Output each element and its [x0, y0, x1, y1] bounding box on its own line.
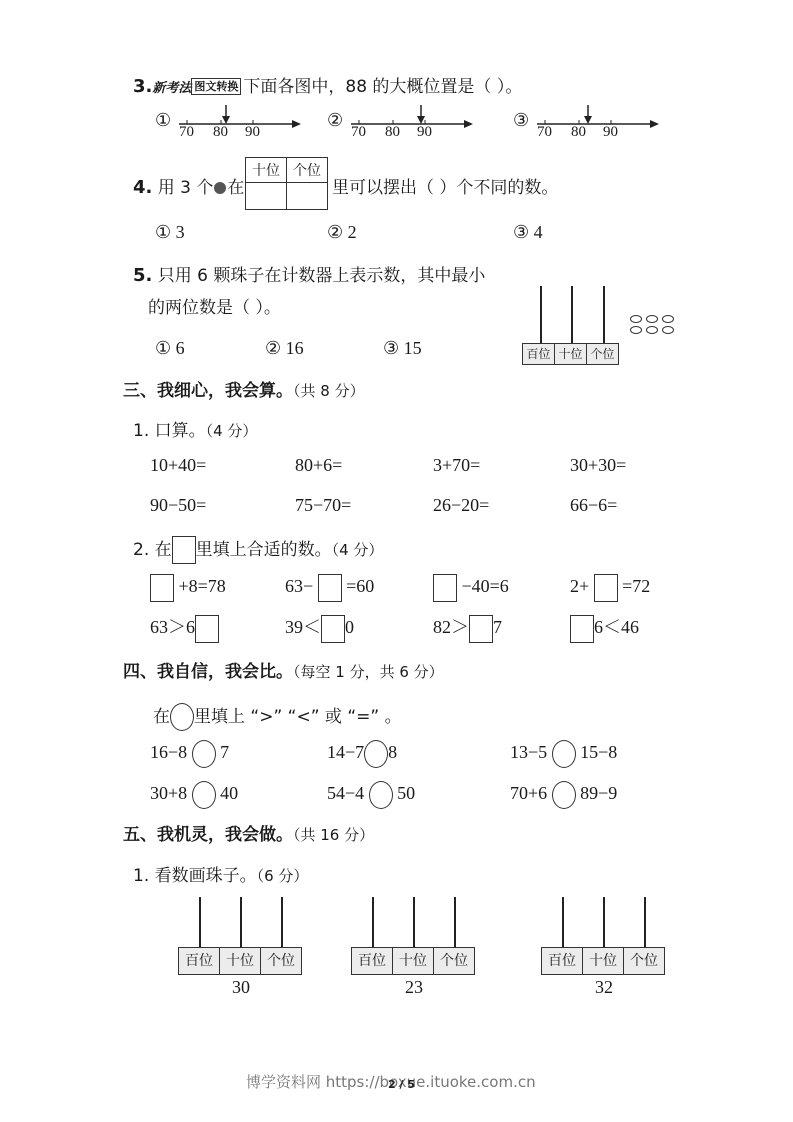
compare-circle[interactable] — [364, 740, 388, 768]
section3-heading: 三、我细心，我会算。（共 8 分） — [123, 376, 365, 401]
rod-ones — [281, 897, 283, 947]
answer-box[interactable] — [594, 574, 618, 602]
answer-box[interactable] — [570, 615, 594, 643]
answer-box[interactable] — [433, 574, 457, 602]
fill-blank-item: 6＜46 — [570, 613, 639, 643]
option-marker: ② — [327, 110, 343, 131]
abacus-base: 百位 十位 个位 — [541, 947, 665, 975]
compare-circle[interactable] — [192, 740, 216, 768]
q5-line2: 的两位数是（ ）。 — [148, 293, 281, 318]
compare-item: 70+6 89−9 — [510, 781, 617, 809]
abacus-23[interactable]: 百位 十位 个位 23 — [351, 897, 477, 1007]
fill-blank-item: −40=6 — [433, 574, 509, 602]
oral-calc: 90−50= — [150, 495, 206, 516]
abacus-number: 30 — [178, 977, 304, 998]
section4-instruction: 在里填上 “>” “<” 或 “=” 。 — [153, 702, 402, 731]
q5-option-1[interactable]: ① 6 — [155, 338, 185, 359]
abacus-base: 百位 十位 个位 — [522, 343, 619, 365]
answer-box[interactable] — [195, 615, 219, 643]
fill-blank-item: 39＜0 — [285, 613, 354, 643]
rod-hundreds — [372, 897, 374, 947]
bead-icon — [646, 326, 658, 334]
section4-heading: 四、我自信，我会比。（每空 1 分，共 6 分） — [123, 657, 444, 682]
q5-beads — [630, 315, 682, 339]
q5-abacus: 百位 十位 个位 — [522, 286, 622, 366]
section3-sub2-heading: 2. 在里填上合适的数。（4 分） — [133, 535, 383, 564]
oral-calc: 80+6= — [295, 455, 342, 476]
compare-circle[interactable] — [369, 781, 393, 809]
compare-circle[interactable] — [552, 781, 576, 809]
oral-calc: 66−6= — [570, 495, 617, 516]
abacus-32[interactable]: 百位 十位 个位 32 — [541, 897, 667, 1007]
abacus-number: 32 — [541, 977, 667, 998]
rod-hundreds — [199, 897, 201, 947]
compare-circle[interactable] — [192, 781, 216, 809]
fill-blank-item: 63＞6 — [150, 613, 219, 643]
ones-cell[interactable] — [287, 183, 328, 210]
fill-blank-item: 82＞7 — [433, 613, 502, 643]
q4-option-2[interactable]: ② 2 — [327, 222, 357, 243]
answer-box[interactable] — [469, 615, 493, 643]
fill-blank-item: 63− =60 — [285, 574, 374, 602]
q3-text: 下面各图中，88 的大概位置是（ ）。 — [243, 77, 522, 97]
number-line-icon — [535, 100, 665, 145]
fill-blank-item: 2+ =72 — [570, 574, 650, 602]
bead-icon — [630, 326, 642, 334]
tens-cell[interactable] — [246, 183, 287, 210]
q4-stem: 4. 用 3 个在 — [133, 173, 244, 198]
q3-stem: 3.新考法图文转换下面各图中，88 的大概位置是（ ）。 — [133, 72, 522, 97]
circle-blank-icon — [170, 703, 194, 731]
section5-sub1-heading: 1. 看数画珠子。（6 分） — [133, 861, 308, 886]
bead-dot-icon — [214, 182, 226, 194]
rod-hundreds — [562, 897, 564, 947]
blank-box-icon — [172, 536, 196, 564]
abacus-number: 23 — [351, 977, 477, 998]
compare-item: 30+8 40 — [150, 781, 238, 809]
bead-icon — [646, 315, 658, 323]
rod-tens — [603, 897, 605, 947]
option-marker: ① — [155, 110, 171, 131]
abacus-base: 百位 十位 个位 — [178, 947, 302, 975]
bead-icon — [662, 315, 674, 323]
q3-tag-prefix: 新考法 — [152, 81, 191, 96]
q4-option-1[interactable]: ① 3 — [155, 222, 185, 243]
oral-calc: 26−20= — [433, 495, 489, 516]
fill-blank-item: +8=78 — [150, 574, 226, 602]
compare-item: 54−4 50 — [327, 781, 415, 809]
q3-number: 3. — [133, 76, 152, 97]
bead-icon — [630, 315, 642, 323]
oral-calc: 75−70= — [295, 495, 351, 516]
q5-option-3[interactable]: ③ 15 — [383, 338, 422, 359]
section3-sub1-heading: 1. 口算。（4 分） — [133, 416, 257, 441]
rod-ones — [603, 286, 605, 344]
oral-calc: 3+70= — [433, 455, 480, 476]
q5-line1: 5. 只用 6 颗珠子在计数器上表示数，其中最小 — [133, 261, 485, 286]
compare-item: 14−78 — [327, 740, 397, 768]
q5-option-2[interactable]: ② 16 — [265, 338, 304, 359]
oral-calc: 10+40= — [150, 455, 206, 476]
abacus-30[interactable]: 百位 十位 个位 30 — [178, 897, 304, 1007]
option-marker: ③ — [513, 110, 529, 131]
compare-item: 13−5 15−8 — [510, 740, 617, 768]
answer-box[interactable] — [321, 615, 345, 643]
answer-box[interactable] — [150, 574, 174, 602]
rod-tens — [413, 897, 415, 947]
rod-tens — [571, 286, 573, 344]
q4-option-3[interactable]: ③ 4 — [513, 222, 543, 243]
compare-circle[interactable] — [552, 740, 576, 768]
rod-tens — [240, 897, 242, 947]
section5-heading: 五、我机灵，我会做。（共 16 分） — [123, 820, 374, 845]
compare-item: 16−8 7 — [150, 740, 229, 768]
rod-ones — [644, 897, 646, 947]
page-number: 2 / 5 — [388, 1078, 415, 1091]
rod-ones — [454, 897, 456, 947]
rod-hundreds — [540, 286, 542, 344]
bead-icon — [662, 326, 674, 334]
answer-box[interactable] — [318, 574, 342, 602]
q3-tag: 图文转换 — [191, 78, 241, 95]
number-line-icon — [177, 100, 307, 145]
oral-calc: 30+30= — [570, 455, 626, 476]
number-line-icon — [349, 100, 479, 145]
abacus-base: 百位 十位 个位 — [351, 947, 475, 975]
q4-place-value-table: 十位 个位 — [245, 157, 328, 210]
q4-text-after: 里可以摆出（ ）个不同的数。 — [332, 173, 558, 198]
